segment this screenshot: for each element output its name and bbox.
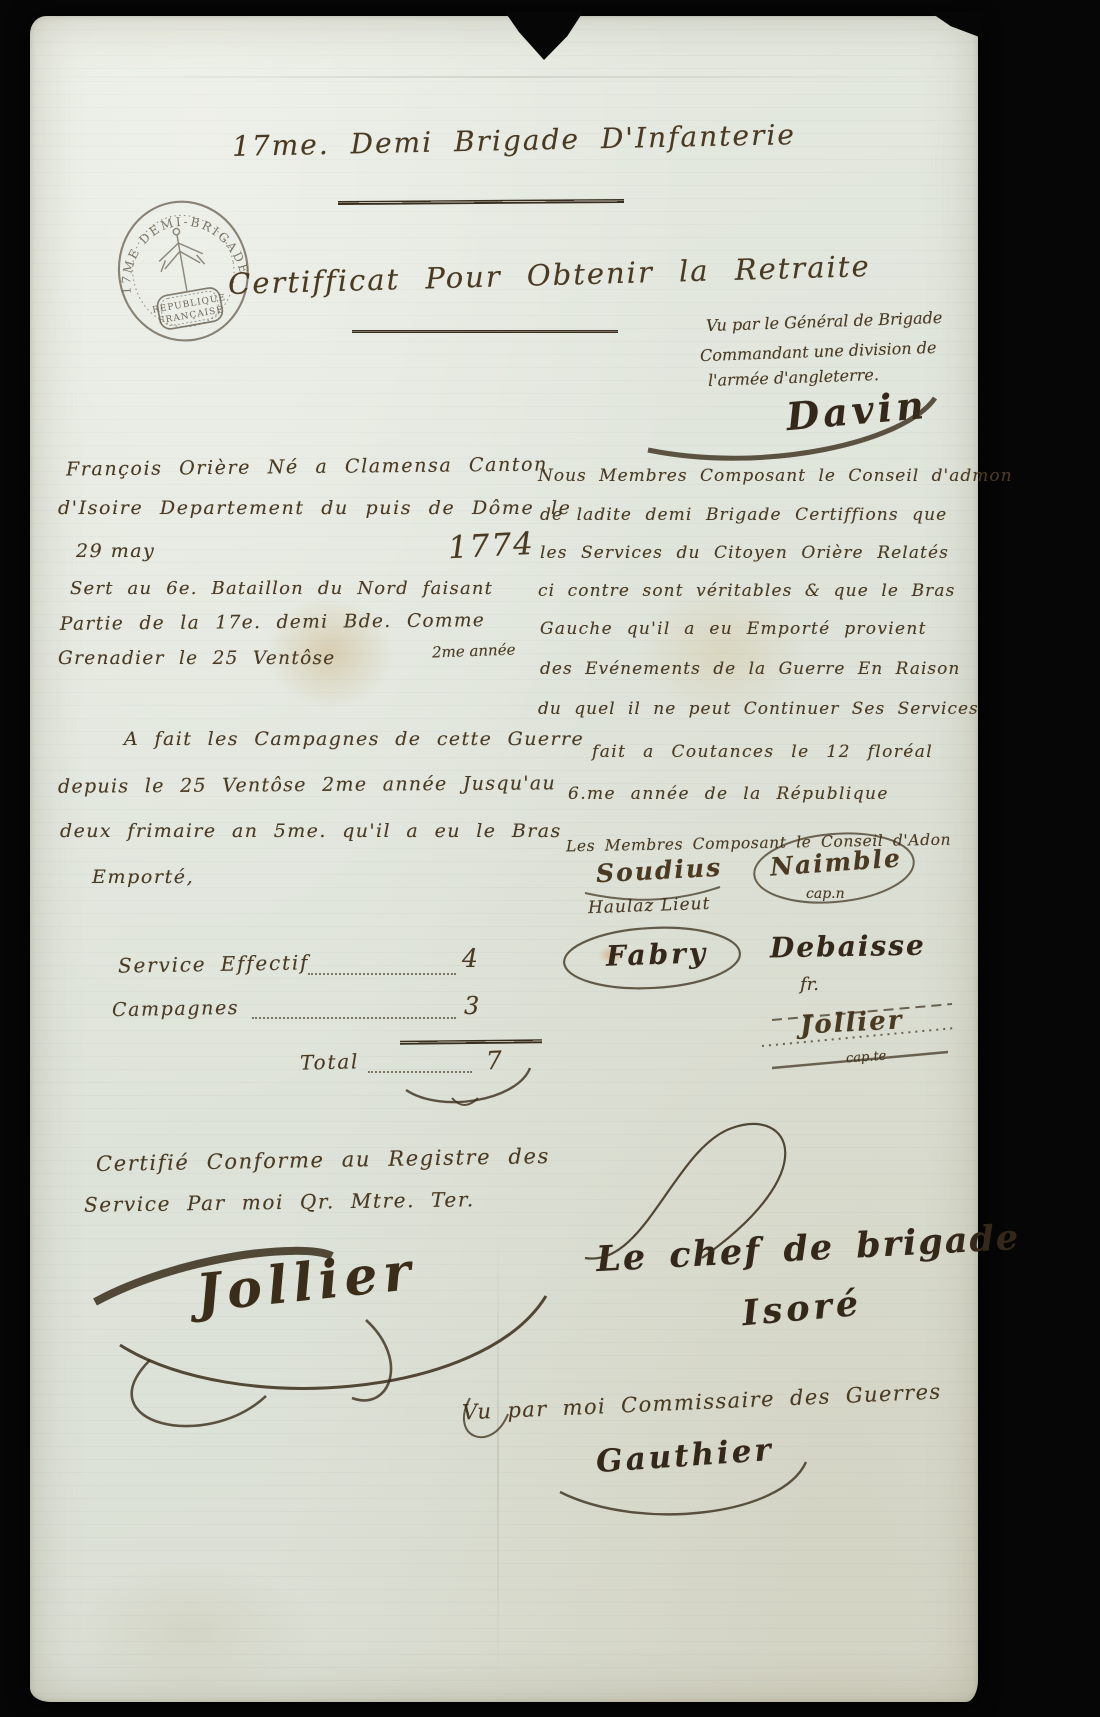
signature-debaisse: Debaisse: [770, 929, 926, 965]
soldier-birth-year: 1774: [447, 526, 536, 566]
campaigns-line-2: depuis le 25 Ventôse 2me année Jusqu'au: [58, 772, 556, 797]
council-line-7: du quel il ne peut Continuer Ses Service…: [538, 699, 979, 719]
soldier-line-6-right: 2me année: [432, 641, 516, 662]
council-line-5: Gauche qu'il a eu Emporté provient: [540, 619, 927, 639]
campaigns-line-4: Emporté,: [92, 866, 194, 888]
dotted-leader: [368, 1070, 472, 1073]
council-line-8: fait a Coutances le 12 floréal: [592, 742, 933, 762]
certificate-rule: [352, 330, 618, 333]
soldier-line-4: Sert au 6e. Bataillon du Nord faisant: [70, 578, 493, 599]
council-line-1: Nous Membres Composant le Conseil d'admo…: [538, 466, 1013, 486]
dotted-leader: [252, 1016, 456, 1019]
campagnes-label: Campagnes: [112, 997, 240, 1021]
total-label: Total: [300, 1049, 360, 1075]
photo-of-manuscript: 17me. Demi Brigade D'Infanterie 17ME DEM…: [0, 0, 1100, 1717]
signature-jollier-rank: cap.te: [846, 1049, 887, 1067]
dotted-leader: [308, 972, 456, 975]
soldier-birthdate: 29 may: [76, 540, 155, 562]
service-effectif-label: Service Effectif: [118, 950, 310, 977]
signature-jollier-capt: Jollier: [799, 1005, 904, 1040]
campagnes-value: 3: [464, 992, 479, 1020]
signature-naimble-rank: cap.n: [806, 886, 845, 902]
council-line-4: ci contre sont véritables & que le Bras: [538, 581, 955, 601]
campaigns-line-3: deux frimaire an 5me. qu'il a eu le Bras: [60, 820, 562, 842]
council-line-9: 6.me année de la République: [568, 784, 889, 804]
council-line-3: les Services du Citoyen Orière Relatés: [540, 543, 949, 563]
soldier-line-2: d'Isoire Departement du puis de Dôme le: [58, 497, 571, 519]
soldier-line-5: Partie de la 17e. demi Bde. Comme: [60, 610, 485, 635]
signature-haulaz: Haulaz Lieut: [588, 894, 711, 918]
council-line-2: de ladite demi Brigade Certiffions que: [540, 505, 947, 525]
total-value: 7: [485, 1046, 502, 1076]
council-line-6: des Evénements de la Guerre En Raison: [540, 659, 960, 679]
signature-fabry: Fabry: [605, 936, 708, 973]
soldier-line-6: Grenadier le 25 Ventôse: [58, 648, 336, 669]
campaigns-line-1: A fait les Campagnes de cette Guerre: [124, 728, 584, 750]
signature-debaisse-suffix: fr.: [800, 974, 819, 995]
service-effectif-value: 4: [462, 944, 478, 973]
stamp-trophy-emblem: [154, 225, 209, 295]
